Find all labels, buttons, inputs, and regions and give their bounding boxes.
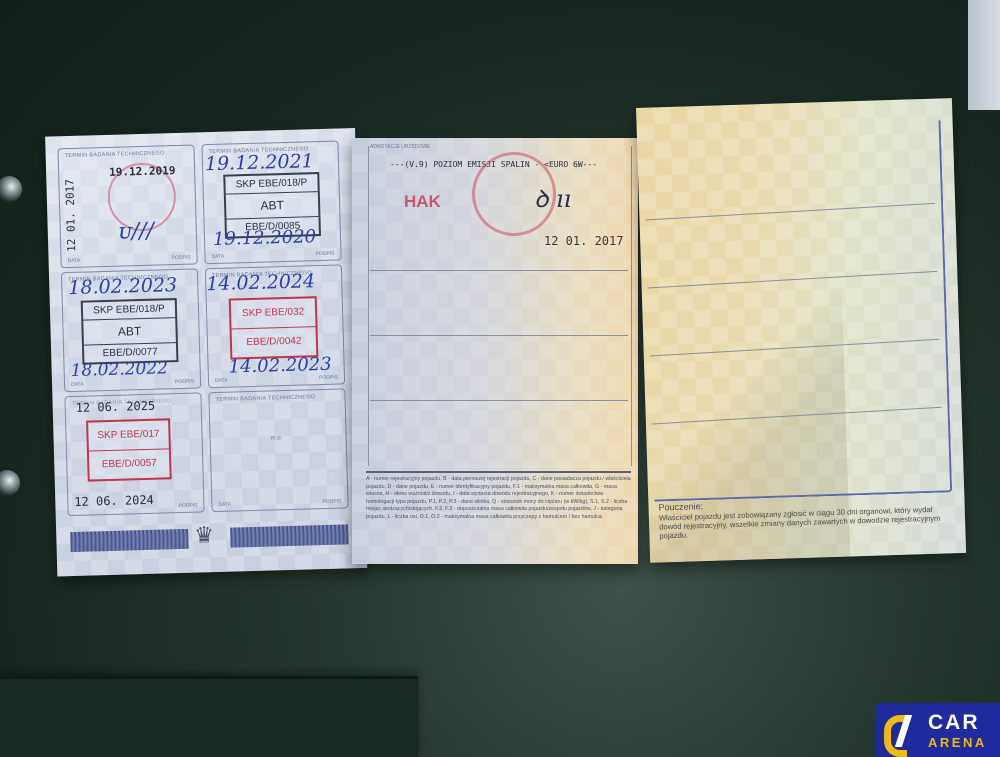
field-legend: A - numer rejestracyjny pojazdu, B - dat… [366,471,631,561]
car-arena-logo: CAR ARENA [876,703,1000,757]
typed-date: 12 06. 2024 [74,493,154,509]
handwritten-date: 18.02.2022 [70,358,168,381]
inspection-stamp: SKP EBE/018/P ABT EBE/D/0077 [81,298,179,365]
handwritten-date: 18.02.2023 [68,274,177,299]
vertical-date: 12 01. 2017 [63,179,78,252]
binder-ring [0,470,20,496]
middle-page: ADNOTACJE URZĘDOWE ---(V.9) POZIOM EMISJ… [352,138,638,564]
folder-edge [0,676,418,757]
right-page: Pouczenie: Właściciel pojazdu jest zobow… [636,98,966,563]
typed-date: 12 06. 2025 [76,399,156,415]
binder-ring [0,176,22,202]
inspection-cell: TERMIN BADANIA TECHNICZNEGO 19.12.2019 1… [57,144,197,268]
inspection-stamp: SKP EBE/017 EBE/D/0057 [86,418,172,481]
handwritten-date: 19.12.2020 [213,226,317,250]
handwritten-date: 14.02.2023 [228,354,332,378]
handwritten-date: 19.12.2021 [205,150,314,175]
handwritten-date: 14.02.2024 [206,270,315,295]
corner-paper [968,0,1000,110]
inspection-cell: TERMIN BADANIA TECHNICZNEGO 12 06. 2025 … [64,392,204,516]
white-eagle-icon: ♛ [194,522,214,549]
security-strip [230,524,349,547]
left-page: TERMIN BADANIA TECHNICZNEGO 19.12.2019 1… [45,128,367,576]
security-strip [70,529,189,552]
annotation-hak: HAK [404,192,441,212]
inspection-cell: TERMIN BADANIA TECHNICZNEGO m.p. DATA PO… [208,388,348,512]
inspection-cell: TERMIN BADANIA TECHNICZNEGO 19.12.2021 S… [201,140,341,264]
signature: ᴜ/// [118,219,154,245]
inspection-stamp: SKP EBE/032 EBE/D/0042 [229,296,319,359]
inspection-cell: TERMIN BADANIA TECHNICZNEGO 14.02.2024 S… [205,264,345,388]
inspection-cell: TERMIN BADANIA TECHNICZNEGO 18.02.2023 S… [61,268,201,392]
annotation-date: 12 01. 2017 [544,234,623,248]
typed-date: 19.12.2019 [109,164,176,179]
official-annotations-header: ADNOTACJE URZĘDOWE [370,144,430,150]
